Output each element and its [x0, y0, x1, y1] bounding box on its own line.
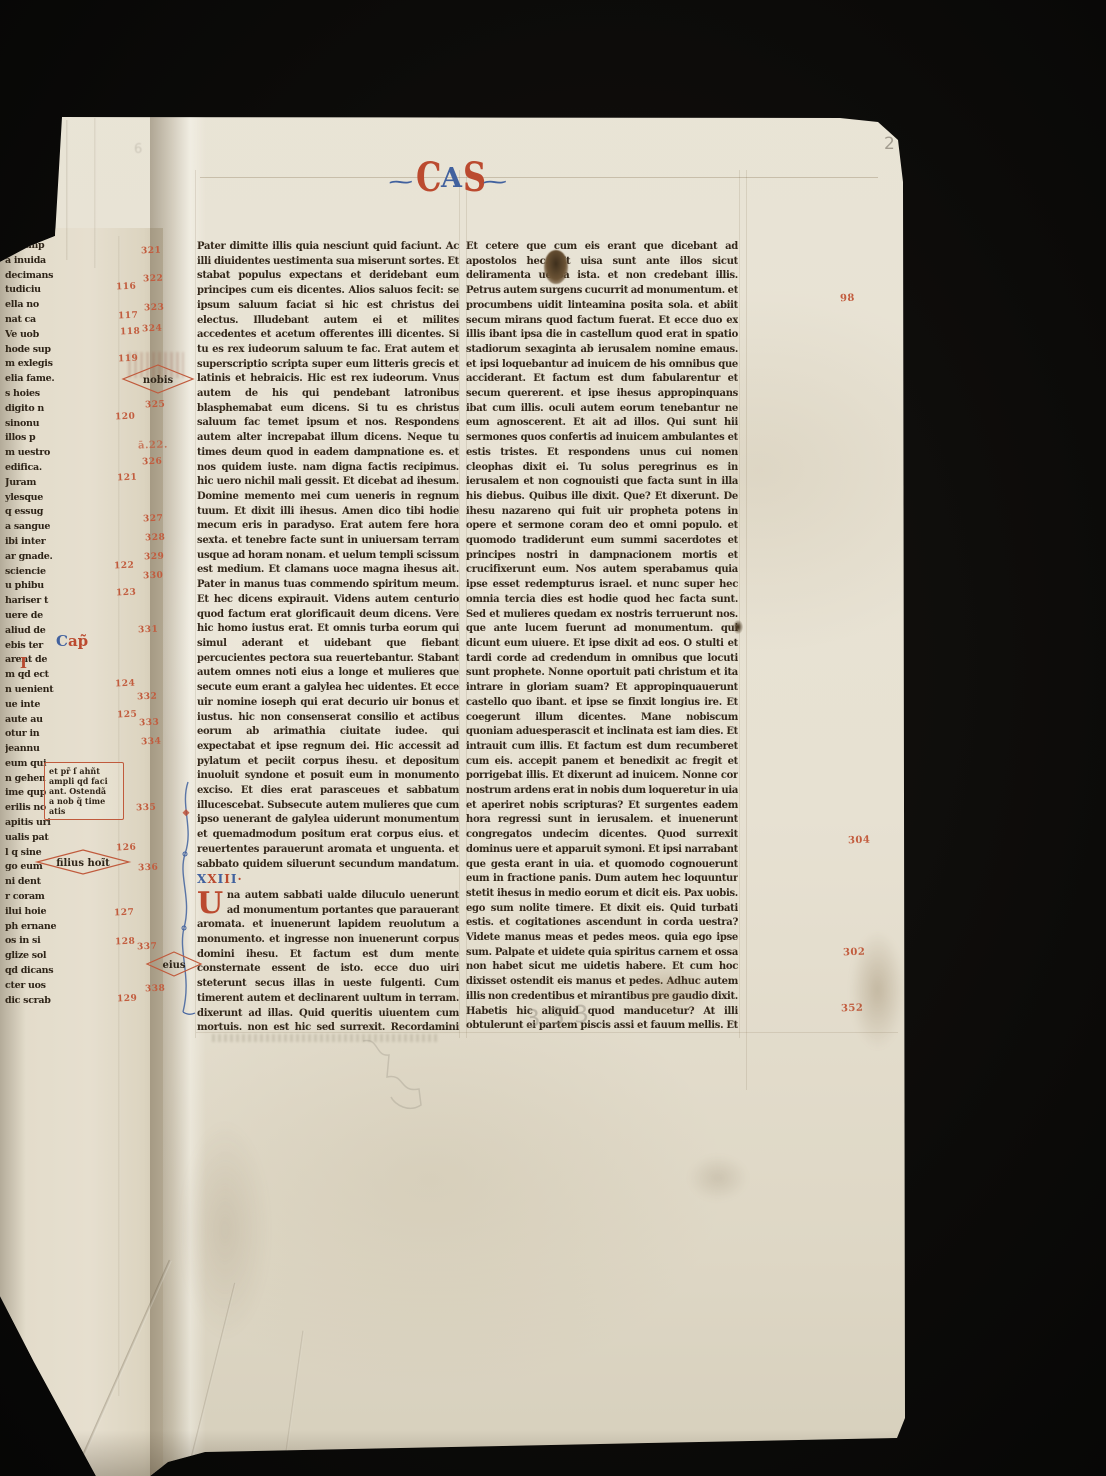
manuscript-page: ~ C A S ~ 2 6 Pater dimitte illis quia n…	[0, 0, 1106, 1476]
outer-margin-number: 352	[841, 1003, 864, 1015]
text-column-2: Et cetere que cum eis erant que dicebant…	[466, 240, 738, 1034]
strip-section-number: 119	[118, 354, 139, 365]
strip-section-number: 128	[115, 937, 136, 948]
outer-margin-number: 98	[840, 293, 855, 305]
strip-section-number: 127	[114, 908, 135, 919]
text-column-1: Pater dimitte illis quia nesciunt quid f…	[197, 240, 459, 1034]
cap-label-rest: ap̃	[68, 632, 88, 650]
folio-number-pencil: 2	[884, 134, 895, 154]
running-title-letter: C	[416, 153, 441, 201]
margin-section-number: 321	[141, 246, 162, 257]
chapter24-paragraph: Una autem sabbati ualde diluculo uenerun…	[197, 889, 459, 1034]
margin-section-number: 328	[145, 533, 166, 544]
ruling-line-top	[200, 177, 878, 178]
red-framed-marginal-note: et pr̃ ſ ahñt ampli qd faci ant. Ostendã…	[44, 762, 124, 820]
cap-label: Cap̃	[56, 632, 88, 650]
ruling-line-vertical	[746, 170, 747, 1090]
chapter-numeral-xxiii: XXIII·	[197, 872, 243, 886]
decorated-initial-u: U	[197, 890, 223, 917]
svg-text:eius: eius	[162, 960, 185, 971]
chapter-numeral-letter: I	[231, 872, 238, 886]
chapter-numeral-letter: I	[224, 872, 231, 886]
margin-section-number: 333	[139, 718, 160, 729]
ruling-line-vertical	[739, 170, 740, 1038]
strip-section-number: 120	[115, 412, 136, 423]
svg-text:nobis: nobis	[143, 375, 174, 386]
margin-section-number: 330	[143, 571, 164, 582]
margin-section-number: 323	[144, 303, 165, 314]
running-title-flourish-left: ~	[386, 172, 415, 191]
strip-section-number: 118	[120, 327, 141, 338]
photo-background: ~ C A S ~ 2 6 Pater dimitte illis quia n…	[0, 0, 1106, 1476]
margin-section-number: 336	[138, 863, 159, 874]
running-title-flourish-right: ~	[480, 172, 509, 191]
edge-stain	[688, 1155, 748, 1201]
svg-text:filius hoĩt: filius hoĩt	[56, 858, 110, 869]
margin-section-number: 335	[136, 803, 157, 814]
nobis-lozenge: nobis	[122, 364, 194, 394]
strip-section-number: 129	[117, 994, 138, 1005]
margin-section-number: 334	[141, 737, 162, 748]
strip-section-number: 125	[117, 710, 138, 721]
margin-section-number: 322	[143, 274, 164, 285]
column1-text-after-initial: na autem sabbati ualde diluculo uenerunt…	[197, 890, 459, 1034]
outer-margin-number: 304	[848, 835, 871, 847]
eius-lozenge: eius	[146, 951, 202, 977]
margin-section-number: 327	[143, 514, 164, 525]
strip-section-number: 122	[114, 561, 135, 572]
chapter-numeral-letter: X	[197, 872, 207, 886]
chapter-numeral-letter: X	[207, 872, 217, 886]
ruling-line-vertical	[459, 170, 460, 1038]
margin-section-number: 326	[142, 457, 163, 468]
strip-section-number: 124	[115, 679, 136, 690]
strip-section-number: 116	[116, 282, 137, 293]
margin-section-number: 331	[138, 625, 159, 636]
strip-red-initial-i: I	[20, 654, 27, 672]
column1-text: Pater dimitte illis quia nesciunt quid f…	[197, 241, 459, 870]
strip-section-number: 123	[116, 588, 137, 599]
margin-section-number: 325	[145, 400, 166, 411]
initial-filigree-flourish	[176, 780, 198, 1018]
cap-label-initial: C	[56, 632, 68, 650]
fold-crease	[282, 1331, 305, 1476]
chapter-numeral-letter: ·	[238, 872, 243, 886]
strip-section-number: 117	[118, 311, 139, 322]
filius-hominis-lozenge: filius hoĩt	[36, 849, 130, 875]
margin-section-number: 332	[137, 692, 158, 703]
faint-pencil-mark: 6	[134, 142, 142, 157]
margin-section-number: 329	[144, 552, 165, 563]
pencil-doodle	[345, 1035, 495, 1125]
column2-text: Et cetere que cum eis erant que dicebant…	[466, 241, 738, 1034]
margin-section-number: 338	[145, 984, 166, 995]
chapter-reference-note: ā.22.	[138, 439, 168, 451]
margin-section-number: 324	[142, 324, 163, 335]
running-title-letter: A	[441, 163, 462, 194]
outer-margin-number: 302	[843, 947, 866, 959]
strip-section-number: 121	[117, 473, 138, 484]
